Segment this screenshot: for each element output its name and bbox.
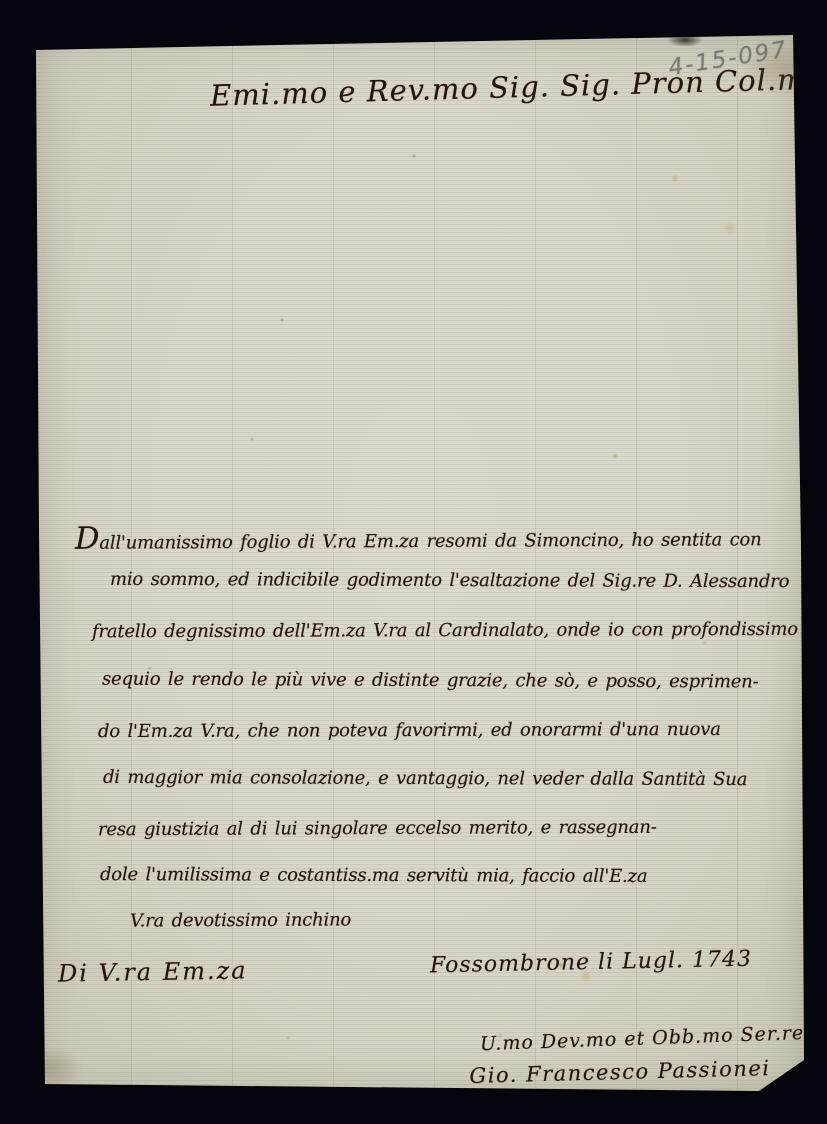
closing-salutation: Di V.ra Em.za <box>58 956 248 987</box>
letter-line: di maggior mia consolazione, e vantaggio… <box>103 767 747 790</box>
letter-heading: Emi.mo e Rev.mo Sig. Sig. Pron Col.mo <box>210 65 691 112</box>
letter-line: mio sommo, ed indicibile godimento l'esa… <box>110 569 789 592</box>
dateline: Fossombrone li Lugl. 1743 <box>430 947 752 979</box>
signature-name: Gio. Francesco Passionei <box>455 1056 786 1089</box>
manuscript-page: Emi.mo e Rev.mo Sig. Sig. Pron Col.mo 4-… <box>30 28 810 1100</box>
letter-line: V.ra devotissimo inchino <box>130 909 351 931</box>
letter-line: fratello degnissimo dell'Em.za V.ra al C… <box>92 619 827 643</box>
signature-title: U.mo Dev.mo et Obb.mo Ser.re <box>480 1023 781 1055</box>
photo-backdrop: Emi.mo e Rev.mo Sig. Sig. Pron Col.mo 4-… <box>0 0 827 1124</box>
letter-line: resa giustizia al di lui singolare eccel… <box>98 817 657 840</box>
letter-line: do l'Em.za V.ra, che non poteva favorirm… <box>98 719 721 742</box>
letter-line: sequio le rendo le più vive e distinte g… <box>102 669 759 693</box>
foxing-stains <box>30 28 810 1100</box>
letter-line: Dall'umanissimo foglio di V.ra Em.za res… <box>75 518 762 557</box>
letter-line: dole l'umilissima e costantiss.ma servit… <box>100 864 647 887</box>
